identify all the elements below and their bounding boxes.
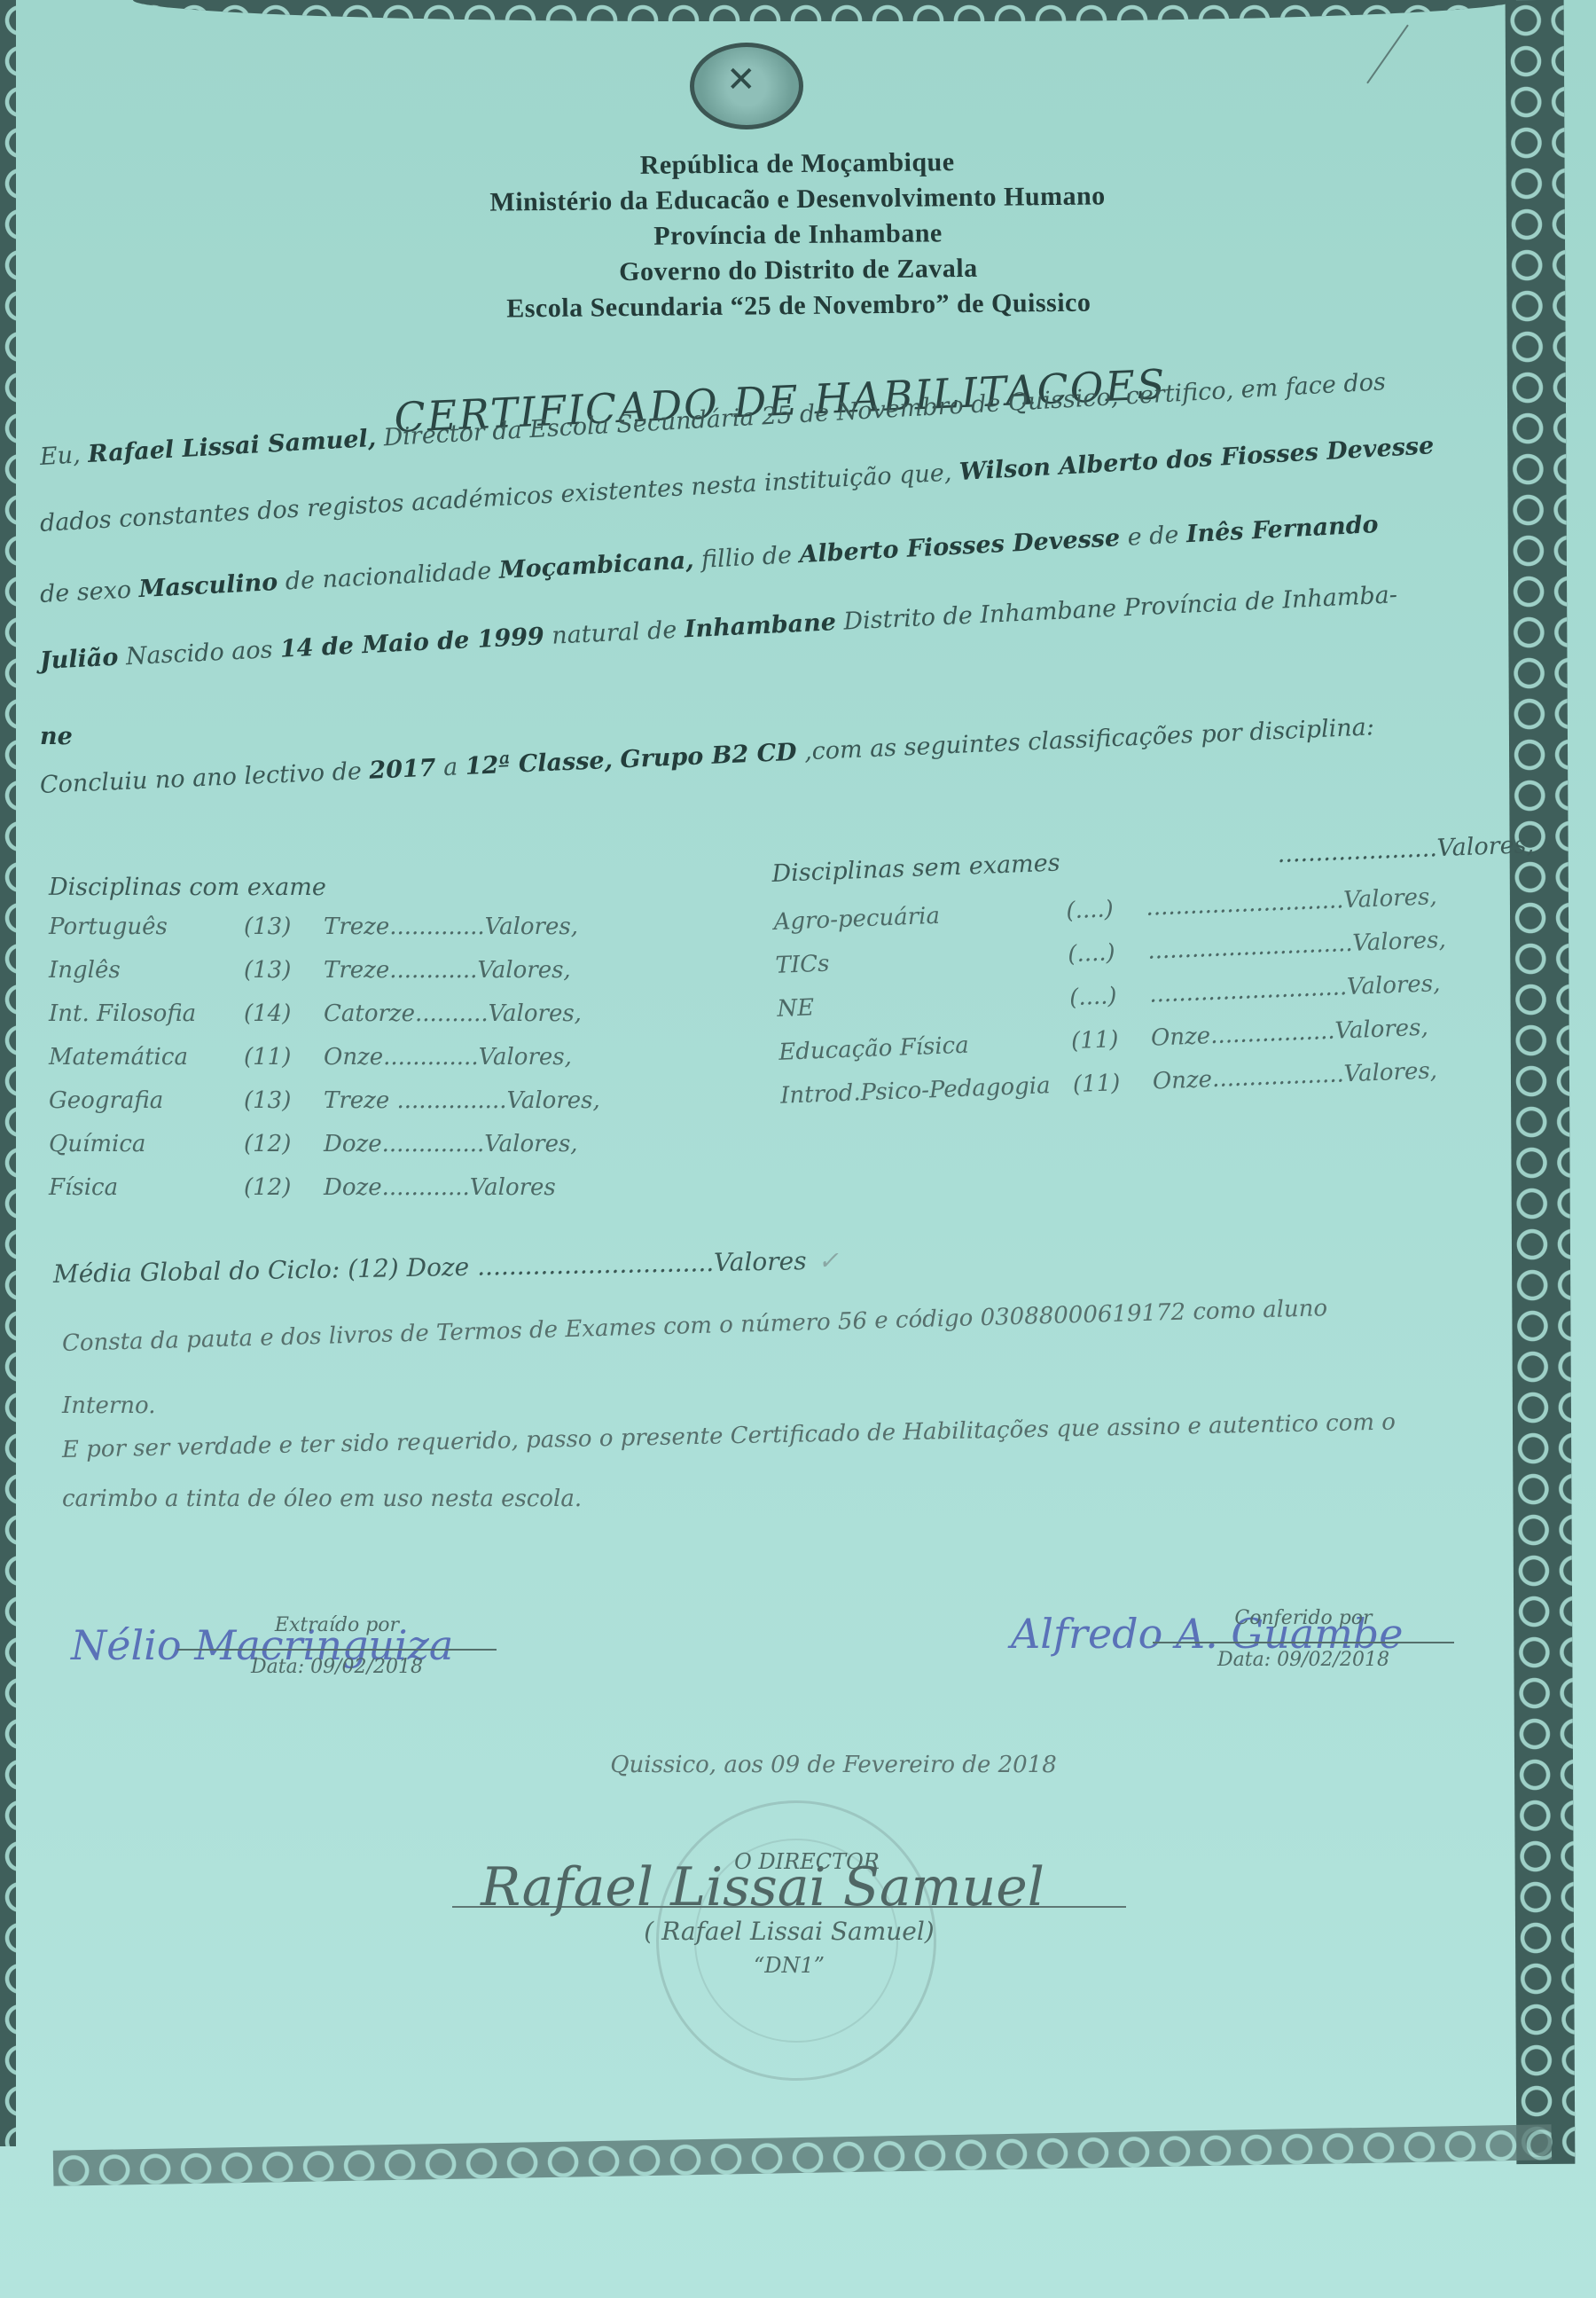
institution-header: República de Moçambique Ministério da Ed… <box>0 138 1596 333</box>
subjects-with-exam: Disciplinas com exame Português(13)Treze… <box>49 874 687 1209</box>
subject-grade: (11) <box>244 1044 324 1071</box>
checked-date: Data: 09/02/2018 <box>1153 1649 1454 1671</box>
text: Eu, <box>39 441 81 471</box>
director-title: “DN1” <box>532 1953 1046 1978</box>
director-block: O DIRECTOR Rafael Lissai Samuel ( Rafael… <box>532 1849 1046 1978</box>
extracted-by-block: Extraído por Data: 09/02/2018 <box>177 1614 497 1678</box>
subject-name: Agro-pecuária <box>773 898 1067 936</box>
mother-last-name: Julião <box>39 644 119 675</box>
subject-name: Matemática <box>49 1044 244 1071</box>
subject-words: ...........................Valores, <box>1149 966 1540 1008</box>
subject-row: Química(12)Doze..............Valores, <box>49 1122 687 1165</box>
subjects-with-exam-header: Disciplinas com exame <box>49 874 687 901</box>
subject-words: ...........................Valores, <box>1146 879 1537 921</box>
subject-grade: (12) <box>244 1174 324 1201</box>
subject-name: Introd.Psico-Pedagogia <box>780 1071 1074 1110</box>
text: de sexo <box>39 576 132 608</box>
mozambique-emblem-icon <box>690 43 803 129</box>
subject-grade: (11) <box>1070 1024 1151 1054</box>
check-mark-icon: ✓ <box>818 1246 839 1275</box>
subject-words: Onze.............Valores, <box>324 1044 687 1071</box>
subject-name: TICs <box>775 941 1068 979</box>
subject-name: Educação Física <box>778 1028 1072 1066</box>
global-average-grade: (12) <box>348 1253 399 1283</box>
director-signature: Rafael Lissai Samuel <box>479 1856 1046 1918</box>
subject-grade: (11) <box>1072 1068 1153 1097</box>
signature-line <box>1153 1642 1454 1643</box>
school-year: 2017 <box>369 755 436 785</box>
subject-row: Física(12)Doze............Valores <box>49 1165 687 1209</box>
subjects-without-exam: Disciplinas sem exames .................… <box>771 831 1543 1118</box>
signature-line <box>177 1649 497 1651</box>
subject-grade: (14) <box>244 1000 324 1027</box>
subject-grade: (13) <box>244 1087 324 1114</box>
subject-grade: (12) <box>244 1131 324 1157</box>
subject-row: Int. Filosofia(14)Catorze..........Valor… <box>49 992 687 1035</box>
extracted-date: Data: 09/02/2018 <box>177 1656 497 1678</box>
subject-row: Inglês(13)Treze............Valores, <box>49 948 687 992</box>
subject-row: Português(13)Treze.............Valores, <box>49 905 687 948</box>
subject-words: Doze..............Valores, <box>324 1131 687 1157</box>
subject-name: Português <box>49 914 244 940</box>
subject-grade: (13) <box>244 914 324 940</box>
global-average-label: Média Global do Ciclo: <box>53 1254 340 1289</box>
subject-row: Matemática(11)Onze.............Valores, <box>49 1035 687 1078</box>
text: ne <box>40 723 73 750</box>
place-and-date: Quissico, aos 09 de Fevereiro de 2018 <box>585 1752 1082 1778</box>
subject-words: Onze..................Valores, <box>1152 1053 1543 1094</box>
subject-name: Química <box>49 1131 244 1157</box>
text: e de <box>1127 522 1179 552</box>
subject-words: ............................Valores, <box>1147 922 1538 964</box>
subject-grade: (....) <box>1066 894 1146 923</box>
subject-words: Catorze..........Valores, <box>324 1000 687 1027</box>
subject-words: Doze............Valores <box>324 1174 687 1201</box>
text: fillio de <box>700 542 792 574</box>
closing-line-4: carimbo a tinta de óleo em uso nesta esc… <box>62 1486 1525 1512</box>
checked-by-block: Conferido por Data: 09/02/2018 <box>1153 1607 1454 1671</box>
text: a <box>442 753 458 781</box>
subject-grade: (....) <box>1068 937 1148 967</box>
subject-grade: (....) <box>1069 981 1150 1010</box>
subject-words: Treze............Valores, <box>324 957 687 984</box>
subject-name: Int. Filosofia <box>49 1000 244 1027</box>
subject-words: Treze.............Valores, <box>324 914 687 940</box>
extracted-by-label: Extraído por <box>177 1614 497 1636</box>
subject-name: Física <box>49 1174 244 1201</box>
subject-name: NE <box>777 984 1070 1023</box>
subject-words: Treze ...............Valores, <box>324 1087 687 1114</box>
subject-name: Geografia <box>49 1087 244 1114</box>
subject-name: Inglês <box>49 957 244 984</box>
checked-by-label: Conferido por <box>1153 1607 1454 1629</box>
subject-row: Geografia(13)Treze ...............Valore… <box>49 1078 687 1122</box>
decorative-border-top <box>133 0 1516 21</box>
subject-words: Onze.................Valores, <box>1150 1009 1541 1051</box>
director-printed-name: ( Rafael Lissai Samuel) <box>532 1917 1046 1946</box>
subject-grade: (13) <box>244 957 324 984</box>
